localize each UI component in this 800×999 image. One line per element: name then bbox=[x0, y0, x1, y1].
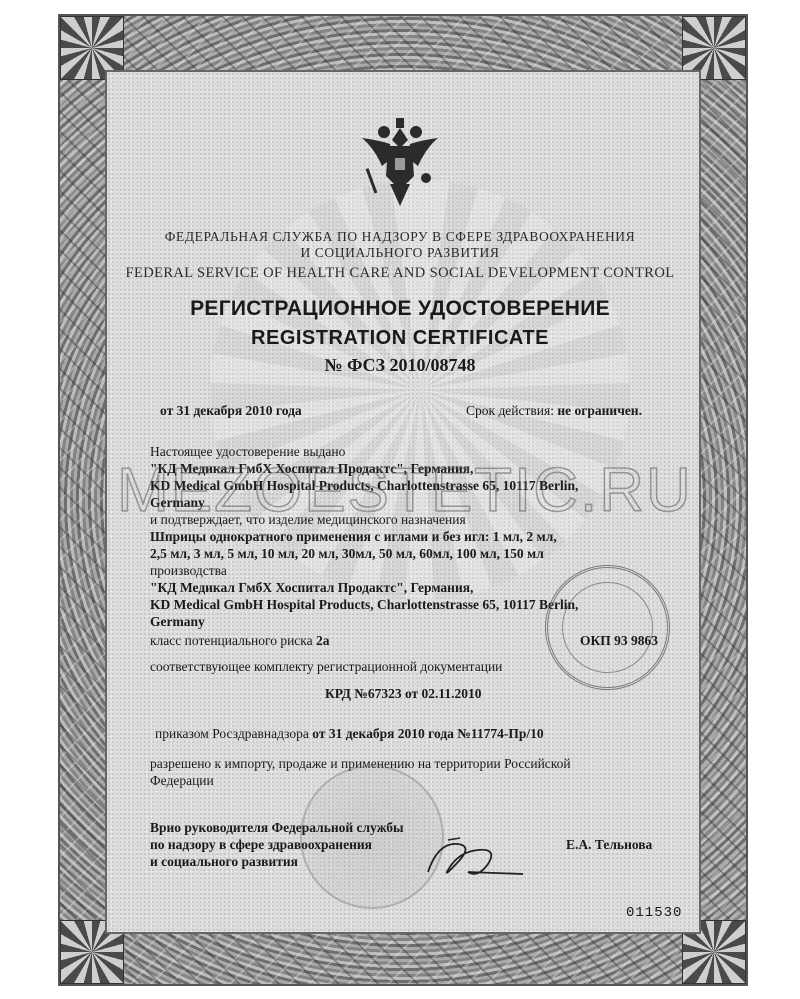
certificate-title-en: REGISTRATION CERTIFICATE bbox=[0, 327, 800, 350]
order-prefix: приказом Росздравнадзора bbox=[155, 726, 309, 741]
product-intro: и подтверждает, что изделие медицинского… bbox=[150, 512, 466, 529]
agency-name-en: FEDERAL SERVICE OF HEALTH CARE AND SOCIA… bbox=[0, 265, 800, 282]
product-name-line1: Шприцы однократного применения с иглами … bbox=[150, 529, 557, 546]
certificate-number: № ФСЗ 2010/08748 bbox=[0, 355, 800, 376]
signatory-name: Е.А. Тельнова bbox=[566, 837, 652, 854]
risk-class-label: класс потенциального риска bbox=[150, 633, 313, 648]
agency-name-ru-line1: ФЕДЕРАЛЬНАЯ СЛУЖБА ПО НАДЗОРУ В СФЕРЕ ЗД… bbox=[0, 229, 800, 245]
validity: Срок действия: не ограничен. bbox=[466, 403, 642, 420]
signatory-title-line2: по надзору в сфере здравоохранения bbox=[150, 837, 372, 854]
documentation-text: соответствующее комплекту регистрационно… bbox=[150, 659, 502, 676]
okp-code: ОКП 93 9863 bbox=[580, 633, 658, 650]
risk-class: класс потенциального риска 2а bbox=[150, 633, 330, 650]
serial-number: 011530 bbox=[626, 905, 682, 921]
manufacturer-company-en: KD Medical GmbH Hospital Products, Charl… bbox=[150, 597, 578, 614]
manufacturer-country: Germany bbox=[150, 614, 205, 631]
product-name-line2: 2,5 мл, 3 мл, 5 мл, 10 мл, 20 мл, 30мл, … bbox=[150, 546, 544, 563]
risk-class-value: 2а bbox=[316, 633, 330, 648]
agency-name-ru-line2: И СОЦИАЛЬНОГО РАЗВИТИЯ bbox=[0, 245, 800, 261]
signature bbox=[418, 832, 528, 882]
validity-label: Срок действия: bbox=[466, 403, 554, 418]
issue-date: от 31 декабря 2010 года bbox=[160, 403, 302, 420]
eagle-emblem-icon bbox=[360, 118, 440, 206]
order-reference: приказом Росздравнадзора от 31 декабря 2… bbox=[155, 726, 544, 743]
order-details: от 31 декабря 2010 года №11774-Пр/10 bbox=[312, 726, 543, 741]
agency-name-ru: ФЕДЕРАЛЬНАЯ СЛУЖБА ПО НАДЗОРУ В СФЕРЕ ЗД… bbox=[0, 229, 800, 261]
manufacturer-company-ru: "КД Медикал ГмбХ Хоспитал Продактс", Гер… bbox=[150, 580, 473, 597]
manufacturer-intro: производства bbox=[150, 563, 227, 580]
validity-value: не ограничен. bbox=[557, 403, 642, 418]
signatory-title-line3: и социального развития bbox=[150, 854, 298, 871]
signatory-title-line1: Врио руководителя Федеральной службы bbox=[150, 820, 404, 837]
permission-line2: Федерации bbox=[150, 773, 214, 790]
krd-number: КРД №67323 от 02.11.2010 bbox=[325, 686, 482, 703]
certificate-title-ru: РЕГИСТРАЦИОННОЕ УДОСТОВЕРЕНИЕ bbox=[0, 297, 800, 321]
